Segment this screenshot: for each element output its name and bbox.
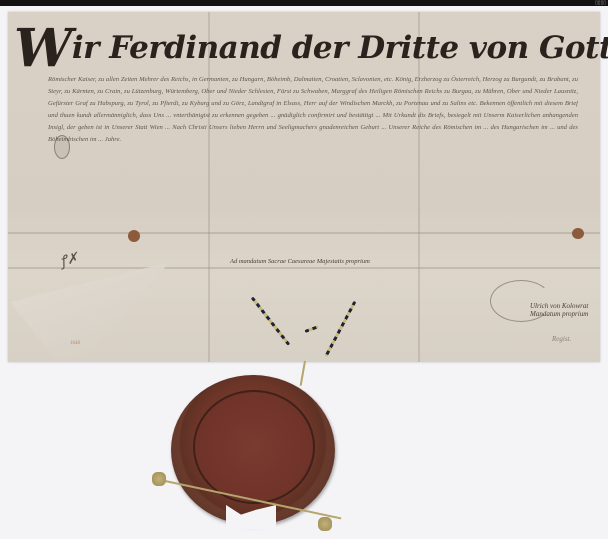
archive-number: 1648 — [70, 341, 80, 346]
tassel-left — [152, 472, 166, 486]
signature-name: Ulrich von Kolowrat — [530, 302, 588, 310]
title-initial: W — [14, 18, 72, 79]
signature-right: Ulrich von Kolowrat Mandatum proprium — [530, 302, 588, 318]
seal-string — [300, 361, 306, 386]
corner-label: ▯▯▯▯ — [595, 0, 606, 6]
top-border — [0, 0, 608, 6]
registration-mark: Regist. — [552, 335, 571, 343]
fold-line — [8, 267, 600, 269]
wax-stain — [128, 230, 140, 242]
signature-note: Mandatum proprium — [530, 310, 588, 318]
closing-line: Ad mandatum Sacrae Caesareae Majestatis … — [230, 258, 370, 265]
wax-stain — [572, 228, 584, 239]
seal-damage — [226, 505, 276, 529]
seal-impression — [193, 390, 315, 504]
wax-seal — [171, 375, 335, 525]
title-text: ir Ferdinand der Dritte von Gottes gnade… — [72, 30, 608, 66]
tassel-right — [318, 517, 332, 531]
document-title: Wir Ferdinand der Dritte von Gottes gnad… — [14, 18, 584, 79]
document-body-text: Römischer Kaiser, zu allen Zeiten Mehrer… — [48, 74, 578, 254]
